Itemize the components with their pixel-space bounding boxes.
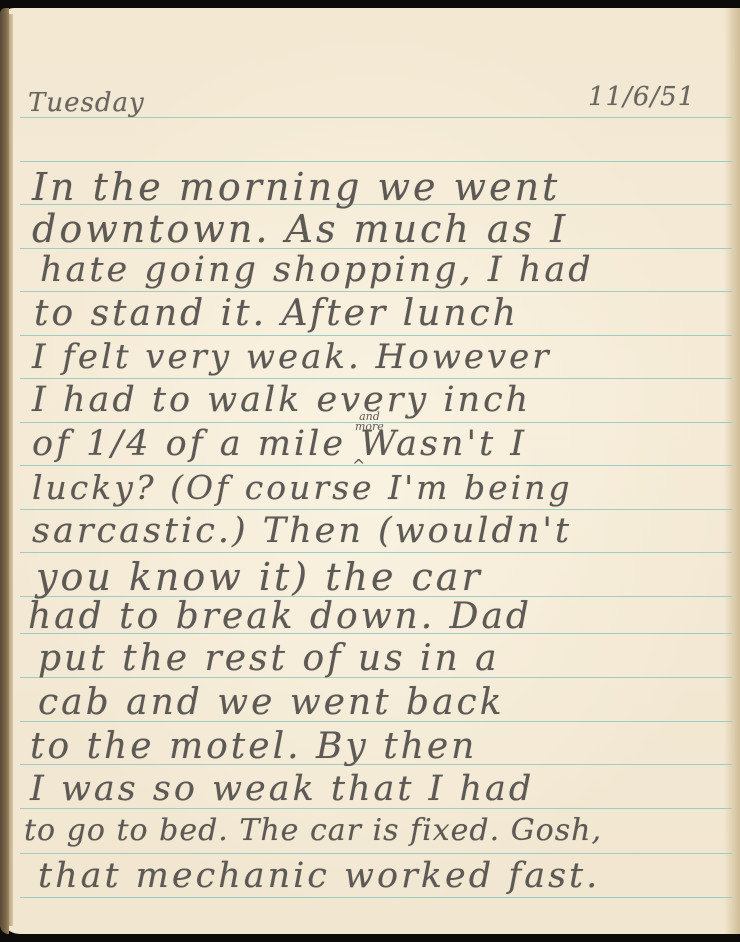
diary-line: that mechanic worked fast.: [38, 856, 600, 896]
diary-line: of 1/4 of a mile Wasn't I: [32, 424, 527, 464]
rule-line: [20, 897, 732, 898]
inserted-words: and more: [355, 412, 384, 432]
insert-more: more: [355, 422, 384, 432]
diary-line: I felt very weak. However: [32, 337, 552, 377]
diary-line: you know it) the car: [36, 555, 483, 599]
diary-line: I was so weak that I had: [30, 769, 534, 809]
diary-line: had to break down. Dad: [28, 596, 532, 637]
rule-line: [20, 291, 732, 292]
rule-line: [20, 509, 732, 510]
diary-day: Tuesday: [28, 88, 145, 118]
diary-line: hate going shopping, I had: [40, 250, 594, 290]
diary-line: to stand it. After lunch: [34, 293, 519, 334]
diary-line: In the morning we went: [32, 165, 560, 209]
page-right-edge: [724, 8, 740, 934]
diary-line: to go to bed. The car is fixed. Gosh,: [24, 813, 602, 848]
rule-line: [20, 465, 732, 466]
rule-line: [20, 378, 732, 379]
rule-line: [20, 161, 732, 162]
page-gutter: [9, 14, 13, 926]
diary-line: put the rest of us in a: [38, 638, 500, 679]
diary-line: downtown. As much as I: [32, 207, 568, 251]
diary-line: sarcastic.) Then (wouldn't: [32, 511, 572, 551]
diary-line: cab and we went back: [38, 682, 505, 723]
diary-line: to the motel. By then: [30, 726, 477, 767]
notebook-binding: [0, 8, 9, 934]
rule-line: [20, 853, 732, 854]
rule-line: [20, 552, 732, 553]
diary-line: I had to walk every inch: [32, 380, 531, 420]
rule-line: [20, 335, 732, 336]
diary-date: 11/6/51: [588, 82, 695, 112]
diary-line: lucky? (Of course I'm being: [32, 468, 573, 507]
